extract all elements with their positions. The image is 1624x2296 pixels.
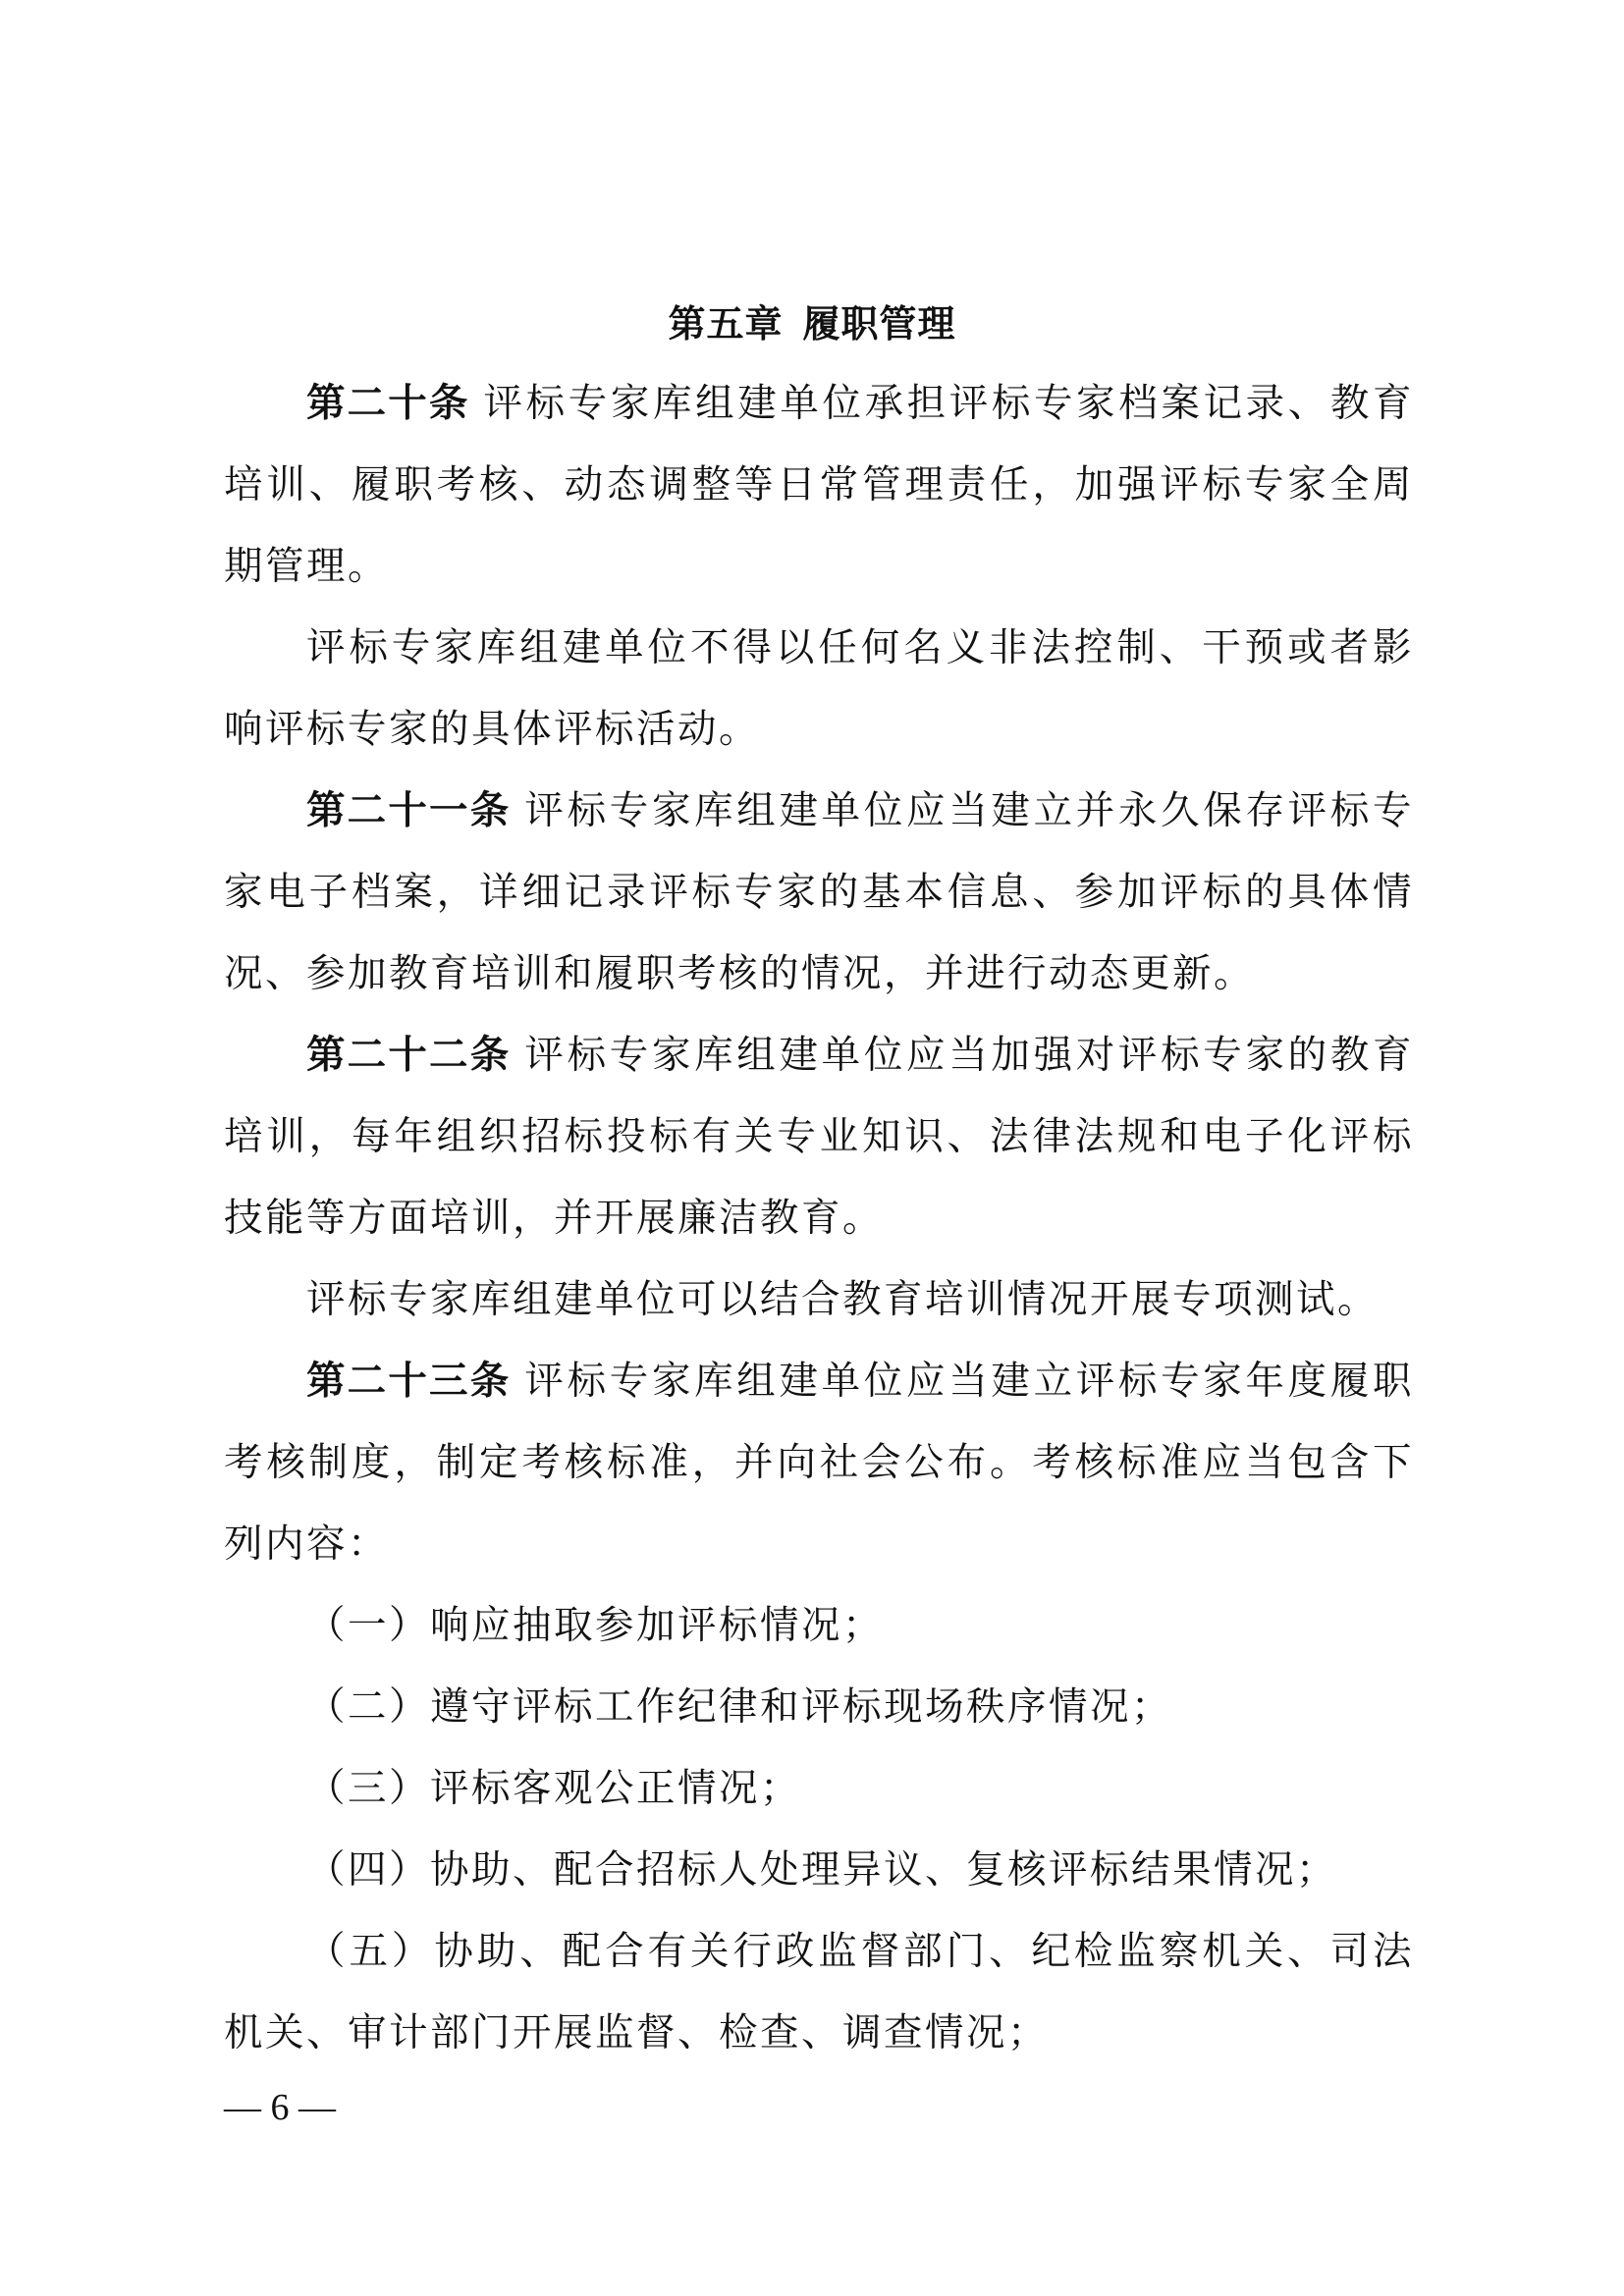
item-label: （五）	[306, 1929, 434, 1974]
paragraph-text: 评标专家库组建单位可以结合教育培训情况开展专项测试。	[306, 1277, 1379, 1322]
article-20-paragraph: 第二十条评标专家库组建单位承担评标专家档案记录、教育培训、履职考核、动态调整等日…	[224, 363, 1414, 608]
chapter-title: 履职管理	[803, 302, 956, 346]
article-22-paragraph-2: 评标专家库组建单位可以结合教育培训情况开展专项测试。	[224, 1259, 1414, 1341]
item-text: 评标客观公正情况；	[430, 1766, 801, 1811]
article-23-paragraph: 第二十三条评标专家库组建单位应当建立评标专家年度履职考核制度，制定考核标准，并向…	[224, 1341, 1414, 1585]
item-text: 遵守评标工作纪律和评标现场秩序情况；	[430, 1684, 1172, 1730]
article-21-paragraph: 第二十一条评标专家库组建单位应当建立并永久保存评标专家电子档案，详细记录评标专家…	[224, 771, 1414, 1015]
article-22-paragraph: 第二十二条评标专家库组建单位应当加强对评标专家的教育培训，每年组织招标投标有关专…	[224, 1015, 1414, 1259]
article-label: 第二十一条	[306, 788, 511, 833]
document-body: 第二十条评标专家库组建单位承担评标专家档案记录、教育培训、履职考核、动态调整等日…	[224, 363, 1414, 2074]
page-number: — 6 —	[224, 2083, 336, 2132]
item-text: 协助、配合招标人处理异议、复核评标结果情况；	[430, 1847, 1337, 1893]
item-label: （一）	[306, 1603, 430, 1648]
item-label: （二）	[306, 1684, 430, 1730]
article-label: 第二十条	[306, 381, 469, 426]
article-label: 第二十二条	[306, 1033, 511, 1078]
list-item: （二）遵守评标工作纪律和评标现场秩序情况；	[224, 1667, 1414, 1748]
document-page: 第五章履职管理 第二十条评标专家库组建单位承担评标专家档案记录、教育培训、履职考…	[0, 0, 1624, 2296]
paragraph-text: 评标专家库组建单位不得以任何名义非法控制、干预或者影响评标专家的具体评标活动。	[224, 625, 1414, 752]
article-label: 第二十三条	[306, 1359, 511, 1404]
list-item: （三）评标客观公正情况；	[224, 1748, 1414, 1830]
item-label: （四）	[306, 1847, 430, 1893]
item-label: （三）	[306, 1766, 430, 1811]
list-item: （四）协助、配合招标人处理异议、复核评标结果情况；	[224, 1830, 1414, 1911]
item-text: 响应抽取参加评标情况；	[430, 1603, 884, 1648]
list-item: （五）协助、配合有关行政监督部门、纪检监察机关、司法机关、审计部门开展监督、检查…	[224, 1911, 1414, 2074]
article-20-paragraph-2: 评标专家库组建单位不得以任何名义非法控制、干预或者影响评标专家的具体评标活动。	[224, 608, 1414, 771]
chapter-number: 第五章	[668, 302, 783, 346]
list-item: （一）响应抽取参加评标情况；	[224, 1585, 1414, 1667]
chapter-heading: 第五章履职管理	[0, 296, 1624, 351]
